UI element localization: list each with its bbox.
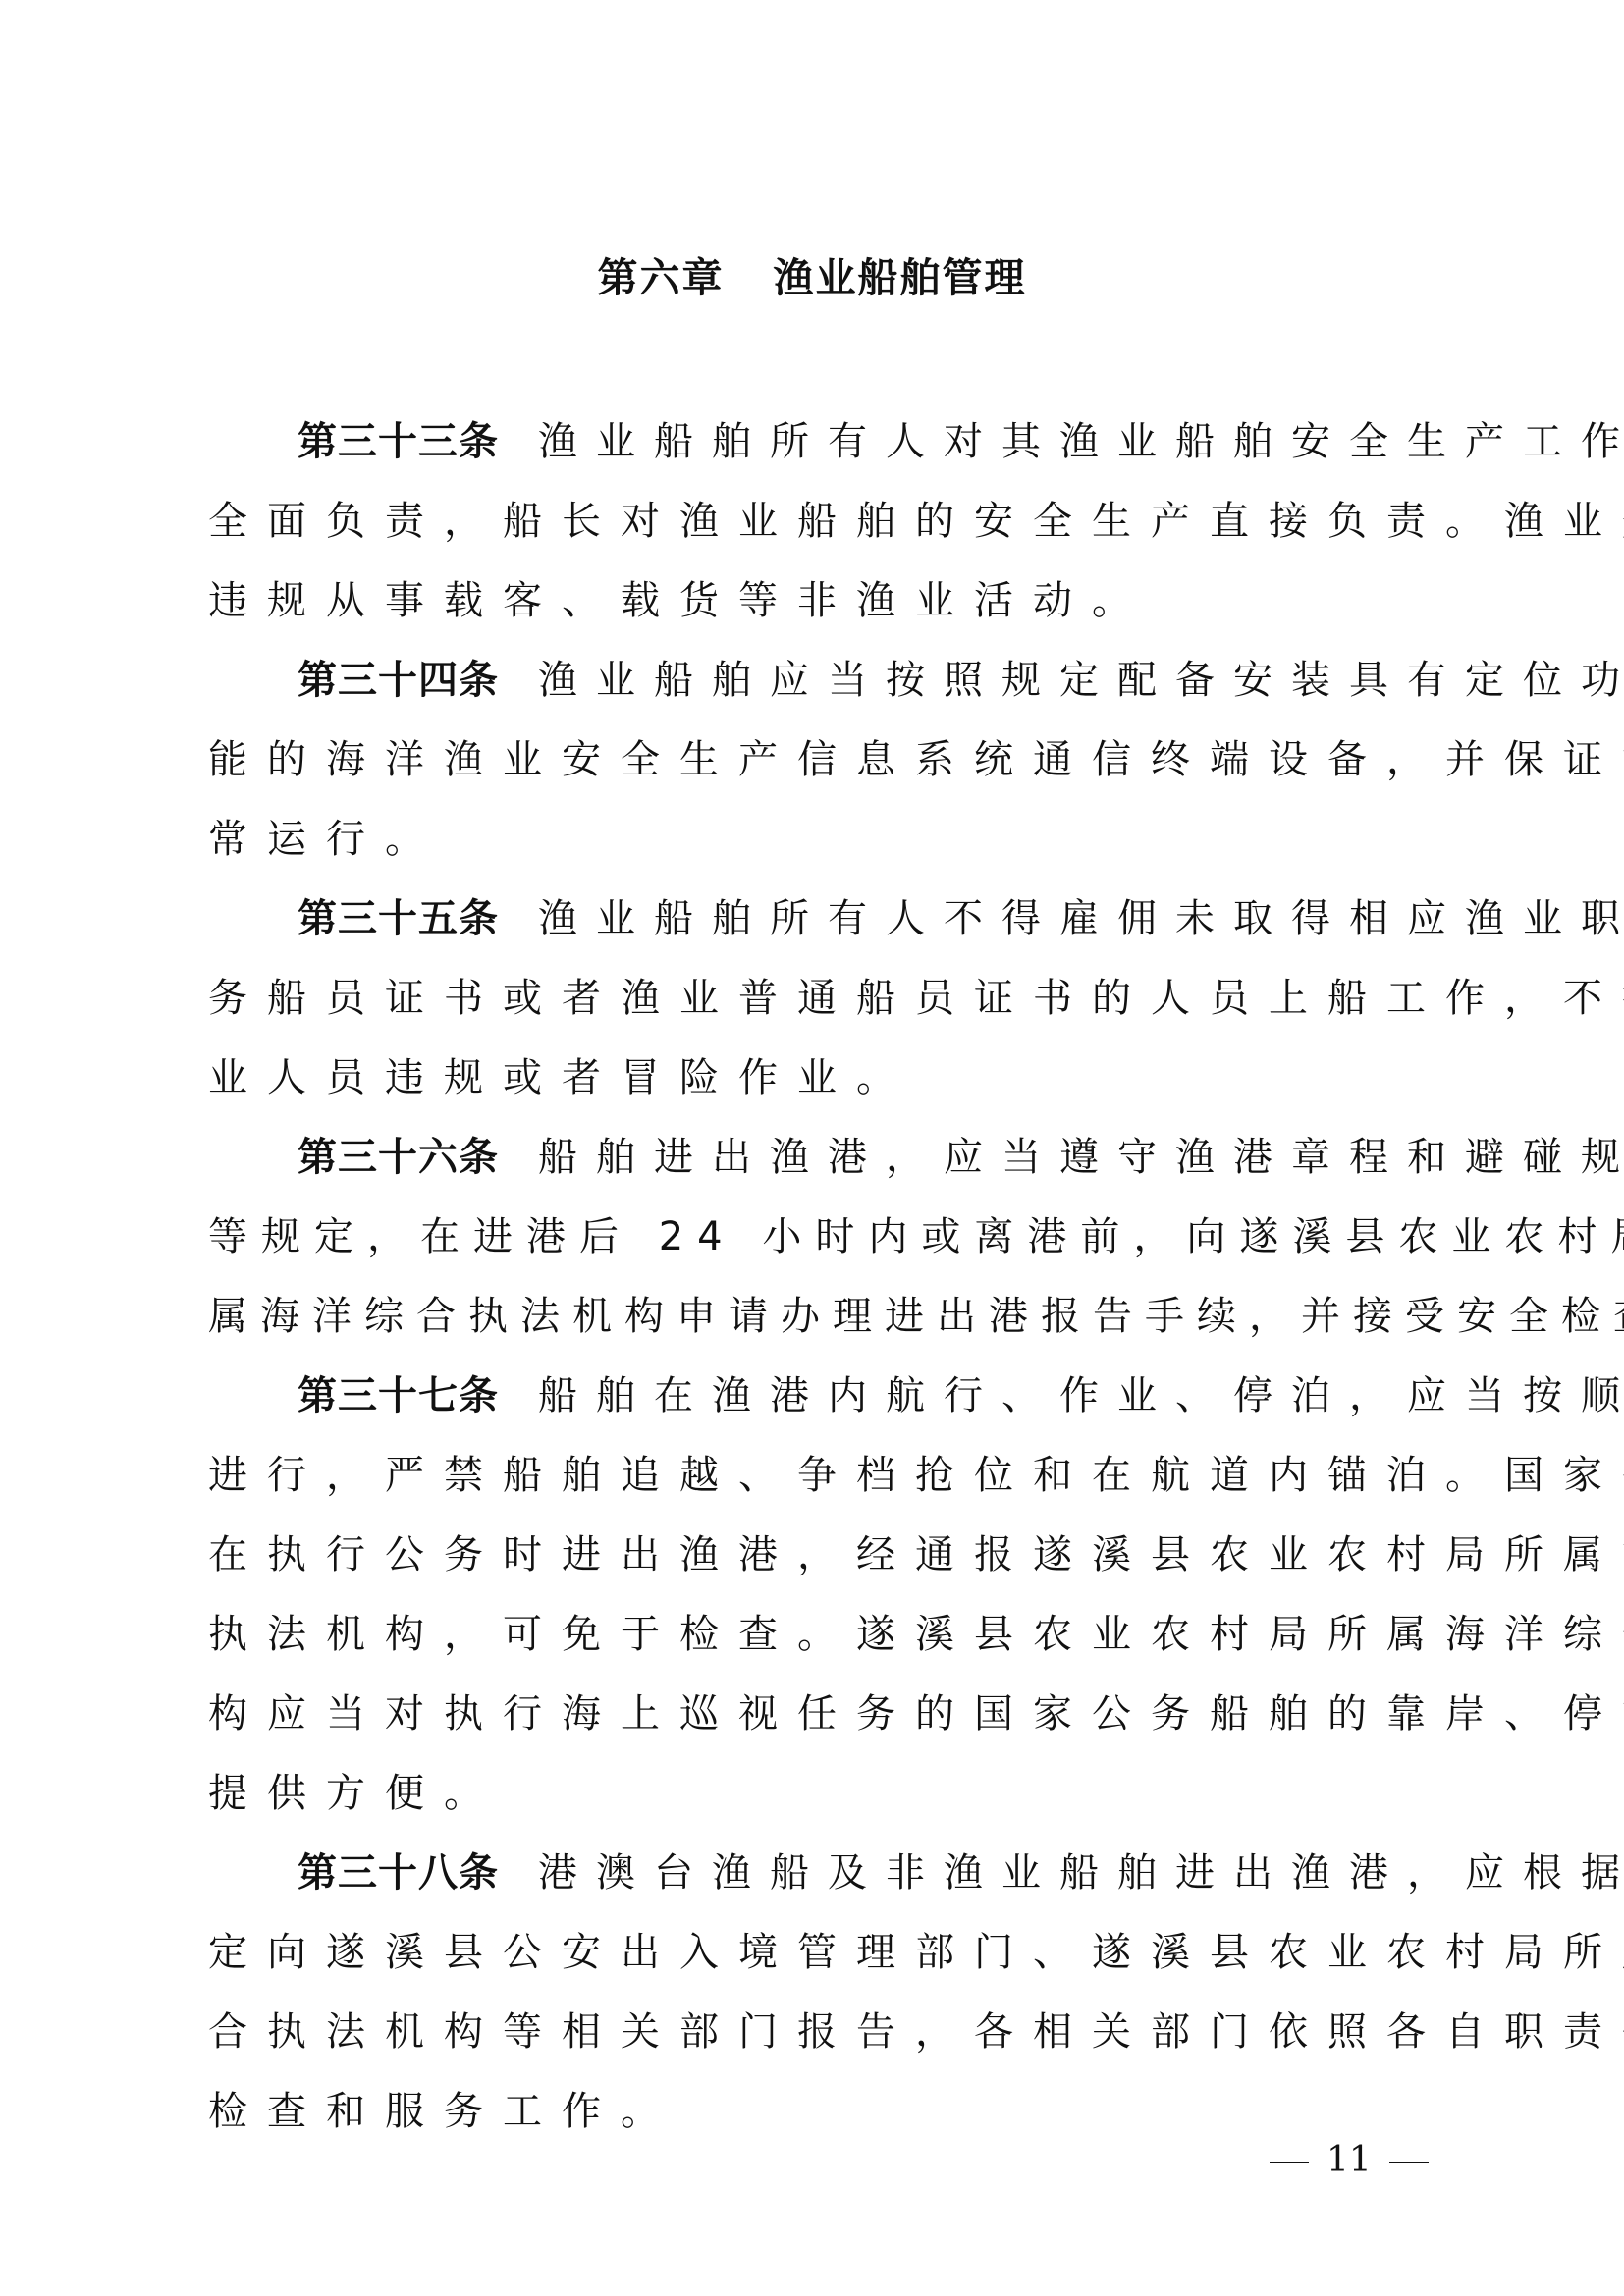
page-number: 11 (1252, 2140, 1446, 2180)
dash-right (1389, 2162, 1429, 2163)
article-line: 违规从事载客、载货等非渔业活动。 (208, 561, 1426, 641)
article-first-line: 第三十五条渔业船舶所有人不得雇佣未取得相应渔业职 (208, 880, 1426, 959)
article-36: 第三十六条船舶进出渔港，应当遵守渔港章程和避碰规则 等规定，在进港后 24 小时… (208, 1118, 1426, 1357)
article-text: 渔业船舶所有人不得雇佣未取得相应渔业职 (538, 896, 1624, 941)
chapter-title: 第六章渔业船舶管理 (0, 245, 1624, 303)
article-label: 第三十六条 (298, 1135, 499, 1180)
article-line: 检查和服务工作。 (208, 2072, 1426, 2152)
document-body: 第三十三条渔业船舶所有人对其渔业船舶安全生产工作 全面负责，船长对渔业船舶的安全… (208, 402, 1426, 2152)
article-line: 全面负责，船长对渔业船舶的安全生产直接负责。渔业船舶不得 (208, 482, 1426, 561)
page-number-value: 11 (1326, 2140, 1372, 2180)
article-label: 第三十五条 (298, 896, 499, 941)
article-line: 构应当对执行海上巡视任务的国家公务船舶的靠岸、停泊和补给 (208, 1675, 1426, 1754)
article-38: 第三十八条港澳台渔船及非渔业船舶进出渔港，应根据规 定向遂溪县公安出入境管理部门… (208, 1834, 1426, 2152)
article-first-line: 第三十六条船舶进出渔港，应当遵守渔港章程和避碰规则 (208, 1118, 1426, 1198)
dash-left (1270, 2162, 1309, 2163)
article-first-line: 第三十七条船舶在渔港内航行、作业、停泊，应当按顺序 (208, 1357, 1426, 1436)
chapter-number: 第六章 (598, 254, 725, 301)
article-line: 定向遂溪县公安出入境管理部门、遂溪县农业农村局所属海洋综 (208, 1913, 1426, 1993)
article-37: 第三十七条船舶在渔港内航行、作业、停泊，应当按顺序 进行，严禁船舶追越、争档抢位… (208, 1357, 1426, 1834)
article-line: 务船员证书或者渔业普通船员证书的人员上船工作，不得指使从 (208, 959, 1426, 1039)
article-line: 常运行。 (208, 800, 1426, 880)
article-first-line: 第三十四条渔业船舶应当按照规定配备安装具有定位功 (208, 641, 1426, 721)
article-label: 第三十三条 (298, 419, 499, 464)
article-label: 第三十七条 (298, 1373, 499, 1418)
article-label: 第三十八条 (298, 1850, 499, 1896)
article-33: 第三十三条渔业船舶所有人对其渔业船舶安全生产工作 全面负责，船长对渔业船舶的安全… (208, 402, 1426, 641)
article-line: 能的海洋渔业安全生产信息系统通信终端设备，并保证设备的正 (208, 721, 1426, 800)
article-first-line: 第三十八条港澳台渔船及非渔业船舶进出渔港，应根据规 (208, 1834, 1426, 1913)
article-line: 合执法机构等相关部门报告，各相关部门依照各自职责做好监督 (208, 1993, 1426, 2072)
article-line: 执法机构，可免于检查。遂溪县农业农村局所属海洋综合执法机 (208, 1595, 1426, 1675)
article-line: 在执行公务时进出渔港，经通报遂溪县农业农村局所属海洋综合 (208, 1516, 1426, 1595)
article-label: 第三十四条 (298, 658, 499, 703)
article-text: 船舶进出渔港，应当遵守渔港章程和避碰规则 (538, 1135, 1624, 1180)
article-35: 第三十五条渔业船舶所有人不得雇佣未取得相应渔业职 务船员证书或者渔业普通船员证书… (208, 880, 1426, 1118)
article-line: 进行，严禁船舶追越、争档抢位和在航道内锚泊。国家公务船舶 (208, 1436, 1426, 1516)
article-line: 业人员违规或者冒险作业。 (208, 1039, 1426, 1118)
article-text: 港澳台渔船及非渔业船舶进出渔港，应根据规 (538, 1850, 1624, 1896)
article-line: 等规定，在进港后 24 小时内或离港前，向遂溪县农业农村局所 (208, 1198, 1426, 1277)
chapter-name: 渔业船舶管理 (774, 254, 1027, 301)
article-text: 渔业船舶所有人对其渔业船舶安全生产工作 (538, 419, 1624, 464)
article-line: 提供方便。 (208, 1754, 1426, 1834)
article-text: 船舶在渔港内航行、作业、停泊，应当按顺序 (538, 1373, 1624, 1418)
article-line: 属海洋综合执法机构申请办理进出港报告手续，并接受安全检查。 (208, 1277, 1426, 1357)
article-text: 渔业船舶应当按照规定配备安装具有定位功 (538, 658, 1624, 703)
article-first-line: 第三十三条渔业船舶所有人对其渔业船舶安全生产工作 (208, 402, 1426, 482)
article-34: 第三十四条渔业船舶应当按照规定配备安装具有定位功 能的海洋渔业安全生产信息系统通… (208, 641, 1426, 880)
